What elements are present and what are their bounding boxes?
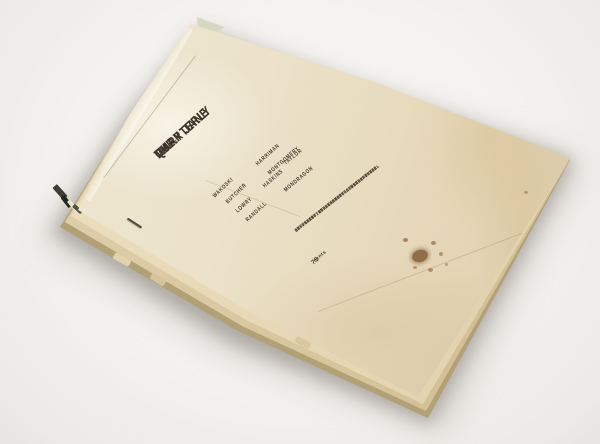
stain-speck — [445, 263, 448, 266]
stain-speck — [428, 268, 433, 272]
stain-speck — [439, 252, 443, 256]
stain-speck — [413, 266, 417, 269]
stain-speck — [524, 191, 528, 194]
stain-speck — [403, 238, 408, 242]
stain-speck — [431, 241, 436, 245]
photo-of-vintage-magazine: THE MARY JANE QUARTERLYVol 1 No 1 WAKOSK… — [0, 0, 600, 444]
